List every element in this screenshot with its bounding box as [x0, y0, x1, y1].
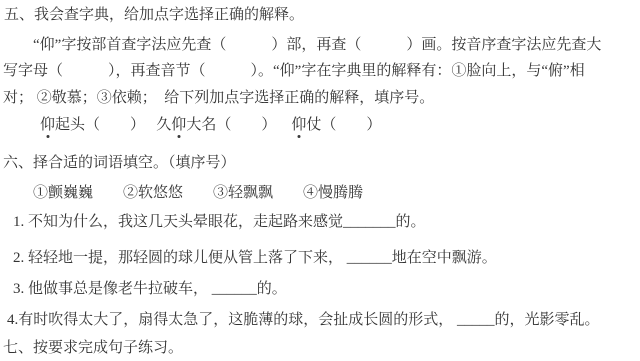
dotted-char: 仰 — [171, 117, 186, 134]
section6-item-4: 4.有时吹得太大了，扇得太急了，这脆薄的球，会扯成长圆的形式， _____的，光… — [7, 312, 600, 329]
section6-item-2: 2. 轻轻地一提，那轻圆的球儿便从管上落了下来， ______地在空中飘游。 — [13, 250, 497, 267]
text-segment: 大名（ ） — [186, 117, 291, 133]
worksheet-page: 五、我会查字典，给加点字选择正确的解释。 “仰”字按部首查字法应先查（ ）部，再… — [0, 0, 640, 361]
section6-item-1: 1. 不知为什么，我这几天头晕眼花，走起路来感觉_______的。 — [13, 214, 426, 231]
section5-heading: 五、我会查字典，给加点字选择正确的解释。 — [4, 7, 304, 24]
text-segment: 仗（ ） — [306, 117, 381, 133]
dotted-char: 仰 — [291, 117, 306, 134]
section6-options: ①颤巍巍 ②软悠悠 ③轻飘飘 ④慢腾腾 — [33, 185, 363, 202]
section7-heading: 七、按要求完成句子练习。 — [3, 340, 183, 357]
section5-dotted-phrases: 仰起头（ ） 久仰大名（ ） 仰仗（ ） — [40, 117, 381, 134]
dotted-char: 仰 — [40, 117, 55, 134]
text-segment: 起头（ ） — [55, 117, 156, 133]
section5-paragraph-line2: 写字母（ ），再查音节（ ）。“仰”字在字典里的解释有：①脸向上，与“俯”相 — [3, 63, 585, 80]
section5-paragraph-line3: 对； ②敬慕；③依赖； 给下列加点字选择正确的解释，填序号。 — [3, 90, 434, 107]
section6-heading: 六、择合适的词语填空。（填序号） — [3, 155, 236, 172]
section5-paragraph-line1: “仰”字按部首查字法应先查（ ）部，再查（ ）画。按音序查字法应先查大 — [33, 37, 601, 54]
text-segment: 久 — [156, 117, 171, 133]
section6-item-3: 3. 他做事总是像老牛拉破车， ______的。 — [13, 281, 287, 298]
